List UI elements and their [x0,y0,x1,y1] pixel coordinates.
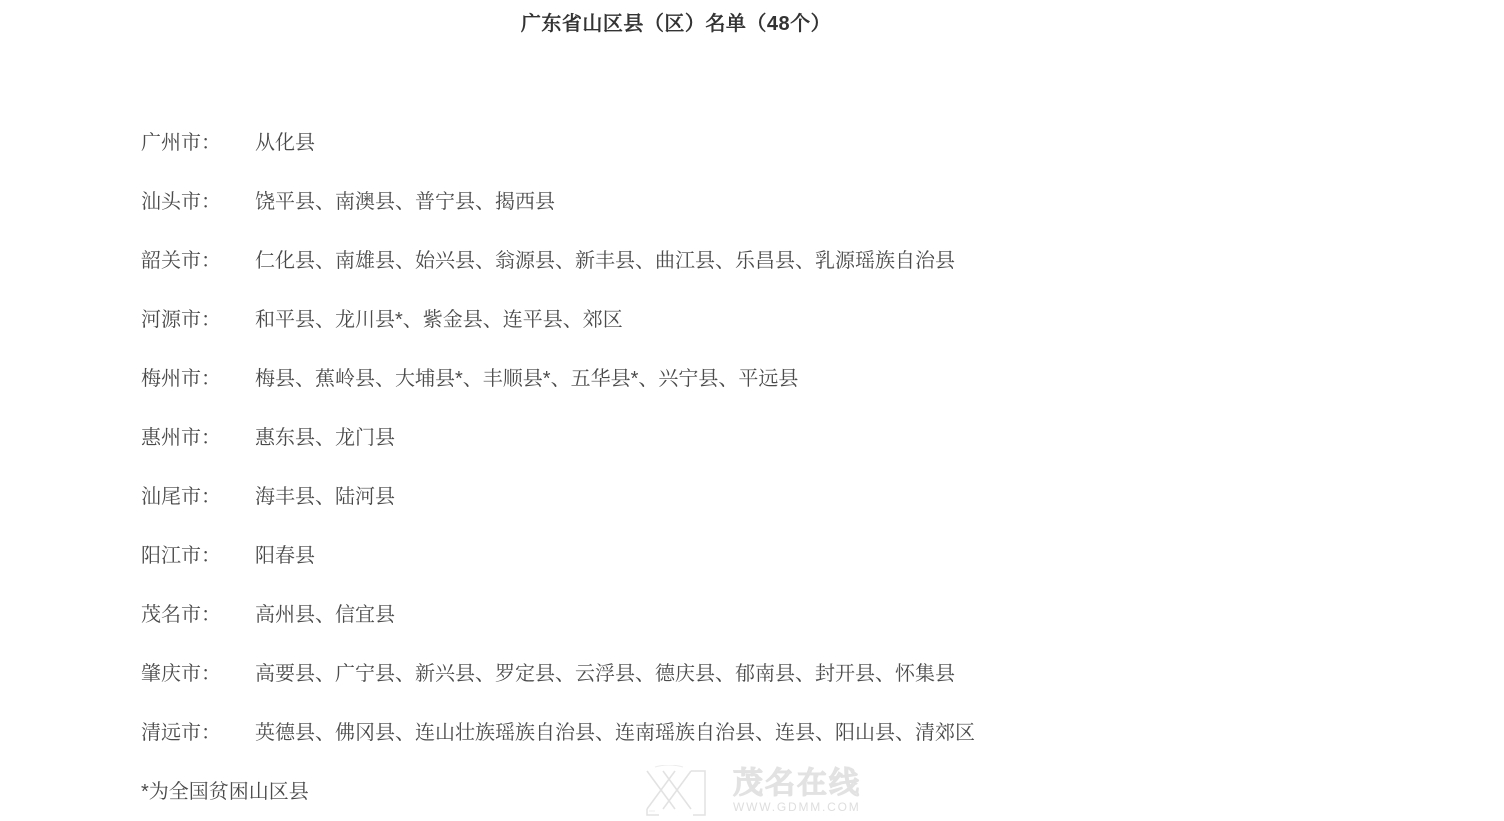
city-label: 茂名市： [141,605,255,625]
city-row-heyuan: 河源市： 和平县、龙川县*、紫金县、连平县、郊区 [141,310,1352,330]
county-list-text: 高州县、信宜县 [255,605,1352,625]
footnote-poverty-note: *为全国贫困山区县 [141,782,1352,802]
county-list-text: 高要县、广宁县、新兴县、罗定县、云浮县、德庆县、郁南县、封开县、怀集县 [255,664,1352,684]
city-label: 清远市： [141,723,255,743]
city-label: 阳江市： [141,546,255,566]
county-list-text: 和平县、龙川县*、紫金县、连平县、郊区 [255,310,1352,330]
document-page: 广东省山区县（区）名单（48个） 广州市： 从化县 汕头市： 饶平县、南澳县、普… [0,0,1352,821]
city-row-shantou: 汕头市： 饶平县、南澳县、普宁县、揭西县 [141,192,1352,212]
county-list-text: 从化县 [255,133,1352,153]
county-list-text: 惠东县、龙门县 [255,428,1352,448]
county-list-text: 海丰县、陆河县 [255,487,1352,507]
city-label: 汕尾市： [141,487,255,507]
page-title: 广东省山区县（区）名单（48个） [0,7,1352,36]
city-label: 肇庆市： [141,664,255,684]
city-label: 河源市： [141,310,255,330]
city-row-shaoguan: 韶关市： 仁化县、南雄县、始兴县、翁源县、新丰县、曲江县、乐昌县、乳源瑶族自治县 [141,251,1352,271]
city-row-shanwei: 汕尾市： 海丰县、陆河县 [141,487,1352,507]
city-row-huizhou: 惠州市： 惠东县、龙门县 [141,428,1352,448]
city-row-guangzhou: 广州市： 从化县 [141,133,1352,153]
county-list-text: 仁化县、南雄县、始兴县、翁源县、新丰县、曲江县、乐昌县、乳源瑶族自治县 [255,251,1352,271]
county-list-text: 阳春县 [255,546,1352,566]
county-list-text: 饶平县、南澳县、普宁县、揭西县 [255,192,1352,212]
county-list-text: 梅县、蕉岭县、大埔县*、丰顺县*、五华县*、兴宁县、平远县 [255,369,1352,389]
city-row-meizhou: 梅州市： 梅县、蕉岭县、大埔县*、丰顺县*、五华县*、兴宁县、平远县 [141,369,1352,389]
city-county-list: 广州市： 从化县 汕头市： 饶平县、南澳县、普宁县、揭西县 韶关市： 仁化县、南… [0,133,1352,802]
city-row-maoming: 茂名市： 高州县、信宜县 [141,605,1352,625]
city-row-zhaoqing: 肇庆市： 高要县、广宁县、新兴县、罗定县、云浮县、德庆县、郁南县、封开县、怀集县 [141,664,1352,684]
city-label: 惠州市： [141,428,255,448]
city-label: 梅州市： [141,369,255,389]
watermark-url: WWW.GDMM.COM [733,801,861,813]
county-list-text: 英德县、佛冈县、连山壮族瑶族自治县、连南瑶族自治县、连县、阳山县、清郊区 [255,723,1352,743]
city-row-qingyuan: 清远市： 英德县、佛冈县、连山壮族瑶族自治县、连南瑶族自治县、连县、阳山县、清郊… [141,723,1352,743]
city-label: 韶关市： [141,251,255,271]
city-label: 汕头市： [141,192,255,212]
city-label: 广州市： [141,133,255,153]
city-row-yangjiang: 阳江市： 阳春县 [141,546,1352,566]
